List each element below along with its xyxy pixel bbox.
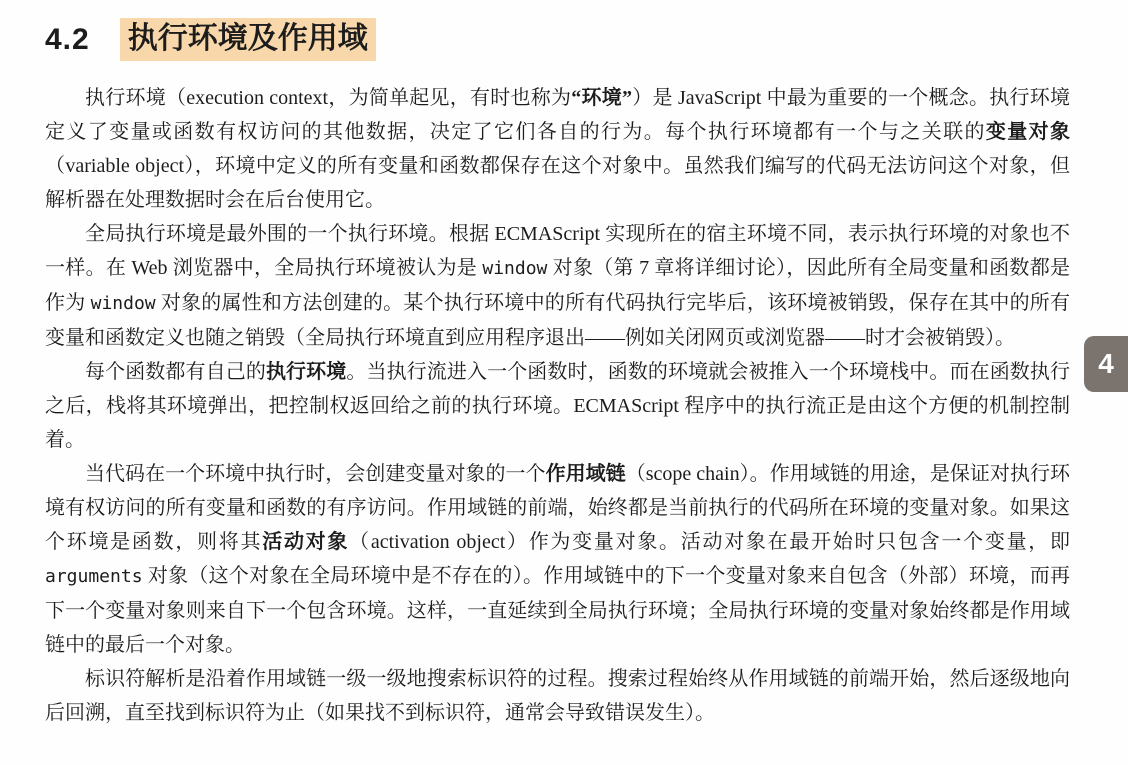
paragraph: 执行环境（execution context，为简单起见，有时也称为“环境”）是… (45, 81, 1070, 217)
chapter-tab-number: 4 (1098, 348, 1114, 380)
chapter-thumb-tab: 4 (1084, 336, 1128, 392)
key-term: 活动对象 (262, 531, 349, 553)
paragraph: 标识符解析是沿着作用域链一级一级地搜索标识符的过程。搜索过程始终从作用域链的前端… (45, 662, 1070, 730)
text-run: 每个函数都有自己的 (85, 361, 266, 383)
key-term: 变量对象 (986, 121, 1070, 143)
key-term: 作用域链 (546, 463, 626, 485)
text-run: 执行环境（execution context，为简单起见，有时也称为 (85, 87, 571, 109)
text-run: 对象（这个对象在全局环境中是不存在的）。作用域链中的下一个变量对象来自包含（外部… (45, 565, 1070, 656)
key-term: “环境” (571, 87, 632, 109)
code-term: window (482, 258, 547, 279)
code-term: arguments (45, 566, 143, 587)
paragraph: 全局执行环境是最外围的一个执行环境。根据 ECMAScript 实现所在的宿主环… (45, 217, 1070, 355)
text-run: 对象的属性和方法创建的。某个执行环境中的所有代码执行完毕后，该环境被销毁，保存在… (45, 292, 1070, 349)
text-run: 当代码在一个环境中执行时，会创建变量对象的一个 (85, 463, 546, 485)
paragraph: 当代码在一个环境中执行时，会创建变量对象的一个作用域链（scope chain）… (45, 457, 1070, 662)
content-paragraphs: 执行环境（execution context，为简单起见，有时也称为“环境”）是… (45, 81, 1070, 730)
paragraph: 每个函数都有自己的执行环境。当执行流进入一个函数时，函数的环境就会被推入一个环境… (45, 355, 1070, 457)
text-run: 标识符解析是沿着作用域链一级一级地搜索标识符的过程。搜索过程始终从作用域链的前端… (45, 668, 1070, 724)
section-number: 4.2 (45, 22, 90, 58)
key-term: 执行环境 (266, 361, 346, 383)
text-run: （variable object），环境中定义的所有变量和函数都保存在这个对象中… (45, 155, 1070, 211)
code-term: window (91, 293, 156, 314)
book-page: 4.2 执行环境及作用域 执行环境（execution context，为简单起… (0, 0, 1128, 765)
section-title: 执行环境及作用域 (120, 18, 376, 61)
section-heading: 4.2 执行环境及作用域 (45, 18, 1070, 61)
text-run: （activation object）作为变量对象。活动对象在最开始时只包含一个… (349, 531, 1070, 553)
